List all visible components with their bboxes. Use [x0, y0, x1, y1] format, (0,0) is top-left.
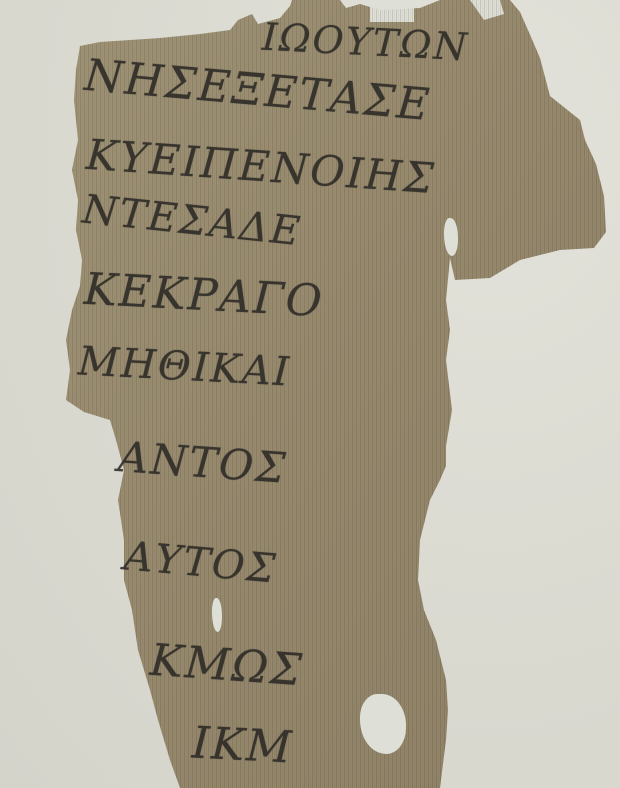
papyrus-hole — [444, 218, 458, 256]
papyrus-hole — [212, 598, 222, 632]
manuscript-line-9: ΚΜΩΣ — [148, 635, 305, 697]
photo-background: ΙΩΟΥΤΩΝ ΝΗΣΕΞΕΤΑΣΕ ΚΥΕΙΠΕΝΟΙΗΣ ΝΤΕΣΑΔΕ Κ… — [0, 0, 620, 788]
manuscript-line-10: ΙΚΜ — [191, 717, 295, 773]
